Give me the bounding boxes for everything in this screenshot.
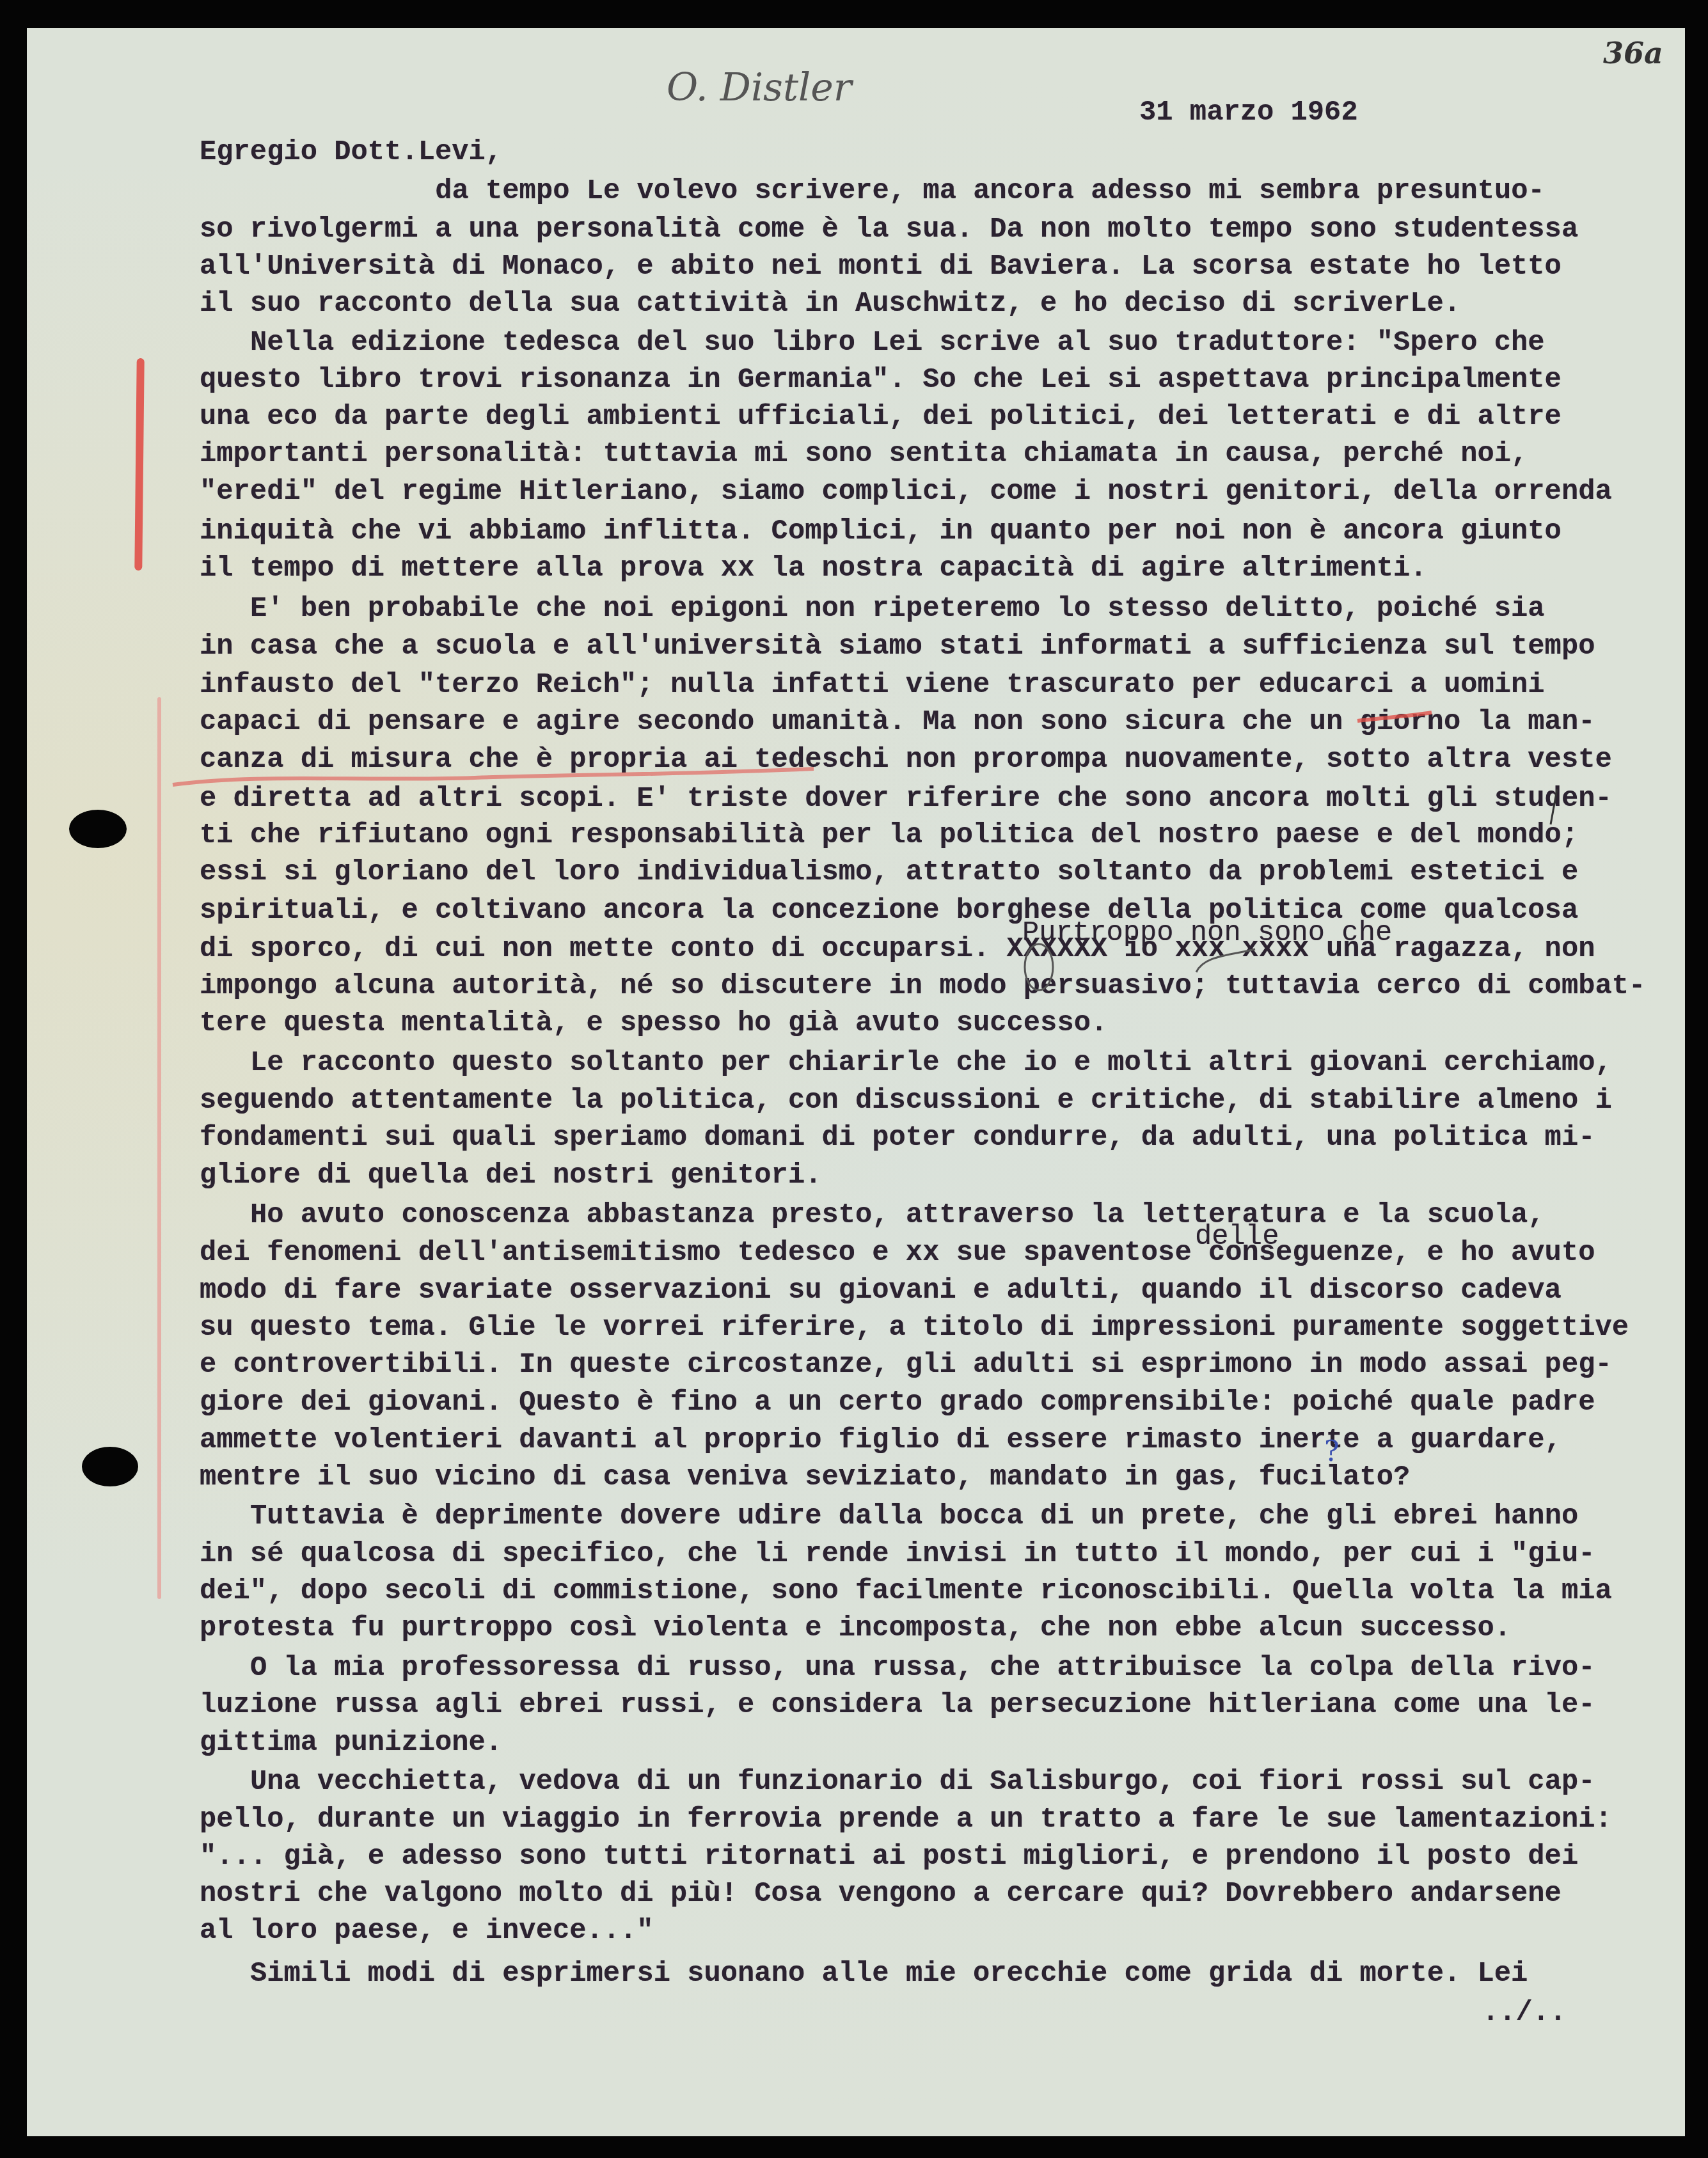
letter-page: O. Distler 36a 31 marzo 1962 Egregio Dot… (27, 28, 1685, 2136)
red-underline-mark (27, 28, 1685, 2136)
